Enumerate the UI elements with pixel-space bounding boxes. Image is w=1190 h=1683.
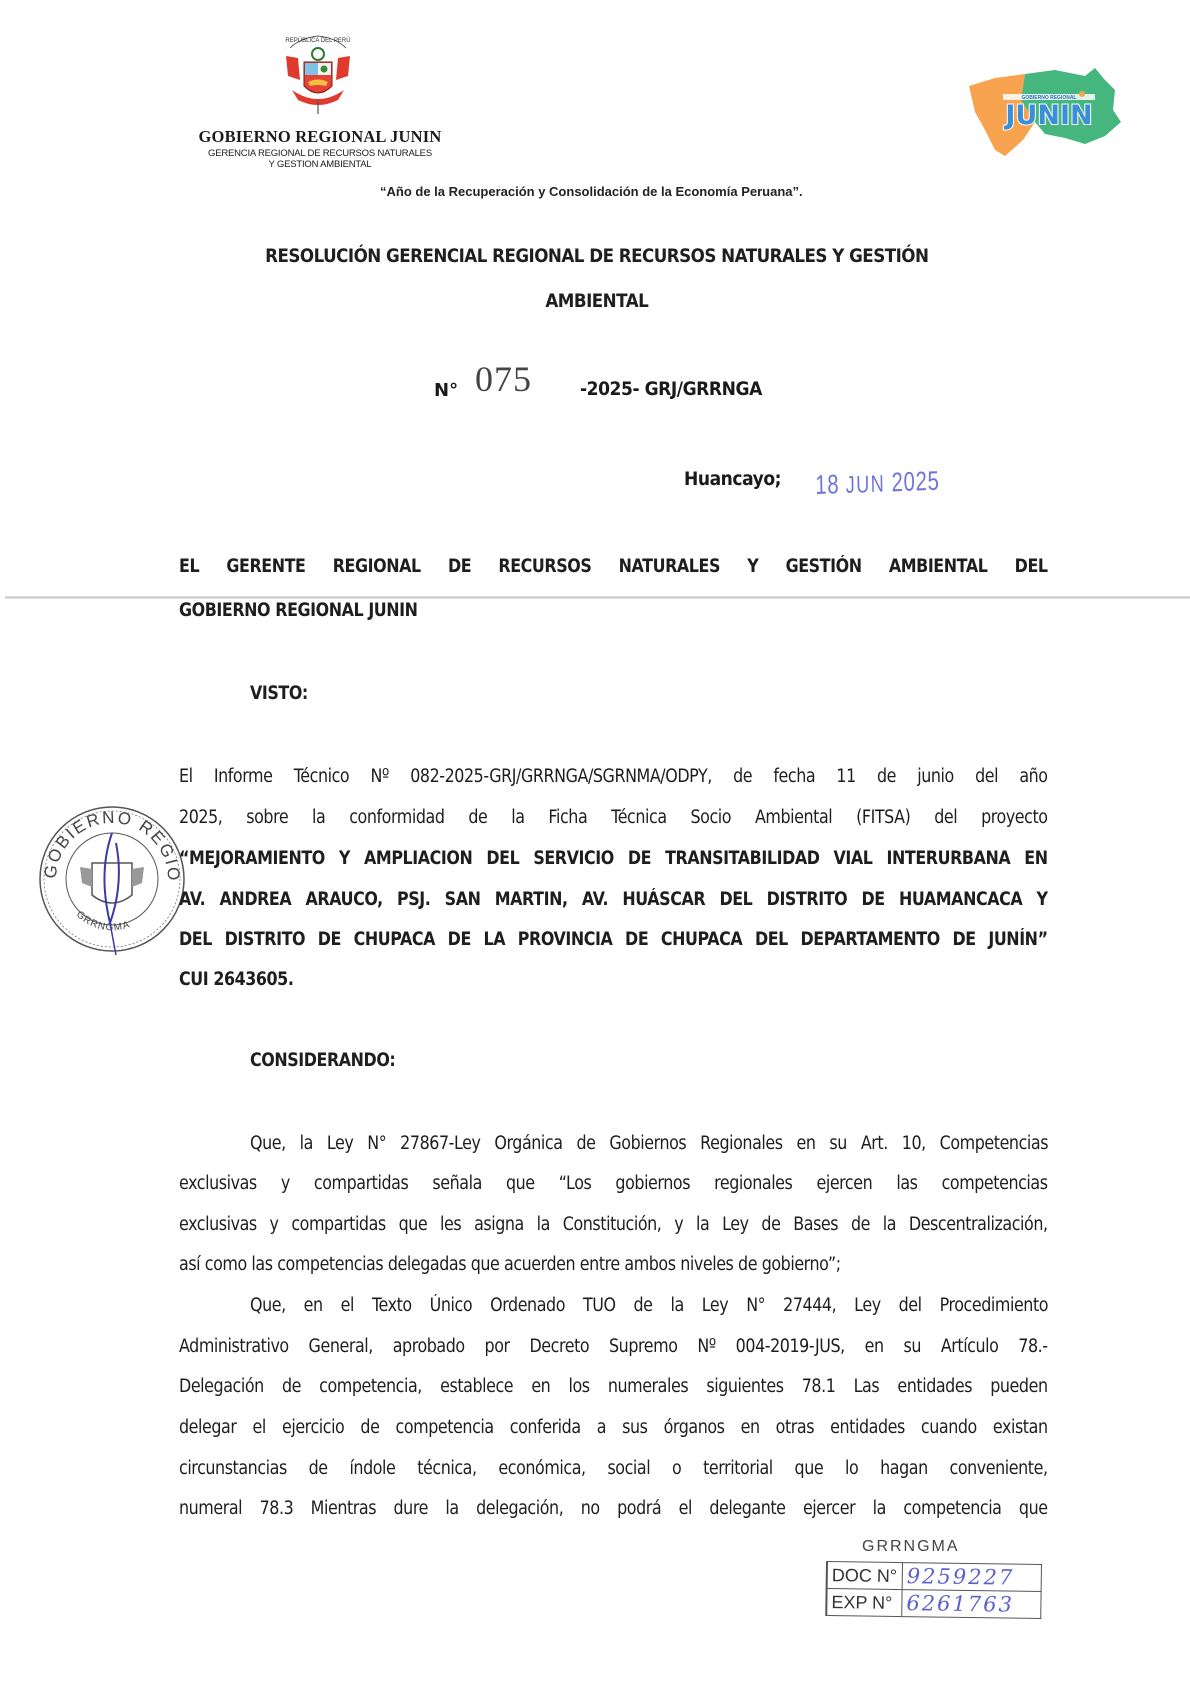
organization-name: GOBIERNO REGIONAL JUNIN: [180, 127, 460, 147]
scan-fold-line: [5, 596, 1190, 599]
peru-coat-of-arms-icon: REPÚBLICA DEL PERÚ: [278, 30, 358, 120]
date-stamp-month: JUN: [845, 471, 885, 499]
resolution-number-label: N°: [434, 380, 458, 401]
visto-heading: VISTO:: [250, 683, 308, 704]
official-seal-icon: GOBIERNO REGIONAL JUNIN GRRNGMA: [36, 803, 188, 955]
resolution-number-value: 075: [475, 358, 532, 400]
department-name-line1: GERENCIA REGIONAL DE RECURSOS NATURALES: [180, 148, 460, 159]
registry-exp-label: EXP N°: [826, 1589, 902, 1617]
considerando-p2-line-2: Administrativo General, aprobado por Dec…: [179, 1336, 1048, 1357]
considerando-p1-line-1: Que, la Ley N° 27867-Ley Orgánica de Gob…: [250, 1133, 1048, 1154]
date-stamp-year: 2025: [891, 466, 940, 498]
date-stamp: 18 JUN 2025: [815, 466, 940, 501]
considerando-p2-line-1: Que, en el Texto Único Ordenado TUO de l…: [250, 1295, 1048, 1316]
svg-text:GRRNGMA: GRRNGMA: [74, 909, 132, 933]
issuer-line2: GOBIERNO REGIONAL JUNIN: [179, 600, 418, 621]
registry-doc-row: DOC N° 9259227: [827, 1562, 1042, 1592]
junin-regional-logo-icon: GOBIERNO REGIONAL JUNIN: [965, 60, 1125, 160]
visto-line-4: AV. ANDREA ARAUCO, PSJ. SAN MARTIN, AV. …: [179, 889, 1048, 910]
considerando-p2-line-4: delegar el ejercicio de competencia conf…: [179, 1417, 1048, 1438]
considerando-p1-line-2: exclusivas y compartidas señala que “Los…: [179, 1173, 1048, 1194]
registry-doc-label: DOC N°: [827, 1562, 903, 1590]
considerando-heading: CONSIDERANDO:: [250, 1050, 395, 1071]
visto-line-5: DEL DISTRITO DE CHUPACA DE LA PROVINCIA …: [179, 929, 1048, 950]
date-stamp-day: 18: [815, 469, 840, 500]
considerando-p2-line-5: circunstancias de índole técnica, económ…: [179, 1458, 1048, 1479]
considerando-p2-line-3: Delegación de competencia, establece en …: [179, 1376, 1048, 1397]
visto-line-2: 2025, sobre la conformidad de la Ficha T…: [179, 807, 1048, 828]
visto-line-6: CUI 2643605.: [179, 969, 293, 990]
considerando-p2-line-6: numeral 78.3 Mientras dure la delegación…: [179, 1498, 1048, 1519]
year-motto: “Año de la Recuperación y Consolidación …: [380, 184, 803, 199]
svg-text:REPÚBLICA DEL PERÚ: REPÚBLICA DEL PERÚ: [285, 37, 350, 44]
svg-text:JUNIN: JUNIN: [1003, 100, 1092, 131]
visto-line-3: “MEJORAMIENTO Y AMPLIACION DEL SERVICIO …: [179, 848, 1048, 869]
registry-doc-value: 9259227: [902, 1563, 1041, 1592]
issuer-line1: EL GERENTE REGIONAL DE RECURSOS NATURALE…: [179, 556, 1048, 577]
registry-stamp: DOC N° 9259227 EXP N° 6261763: [825, 1561, 1042, 1619]
registry-stamp-office: GRRNGMA: [862, 1538, 960, 1556]
resolution-title-line1: RESOLUCIÓN GERENCIAL REGIONAL DE RECURSO…: [73, 245, 1120, 267]
registry-exp-value: 6261763: [902, 1590, 1041, 1619]
considerando-p1-line-4: así como las competencias delegadas que …: [179, 1254, 841, 1275]
department-name-line2: Y GESTION AMBIENTAL: [180, 159, 460, 170]
resolution-number-suffix: -2025- GRJ/GRRNGA: [580, 378, 762, 400]
resolution-title-line2: AMBIENTAL: [73, 290, 1120, 312]
visto-line-1: El Informe Técnico Nº 082-2025-GRJ/GRRNG…: [179, 766, 1048, 787]
city-label: Huancayo;: [684, 468, 781, 490]
registry-exp-row: EXP N° 6261763: [826, 1589, 1041, 1619]
considerando-p1-line-3: exclusivas y compartidas que les asigna …: [179, 1214, 1048, 1235]
